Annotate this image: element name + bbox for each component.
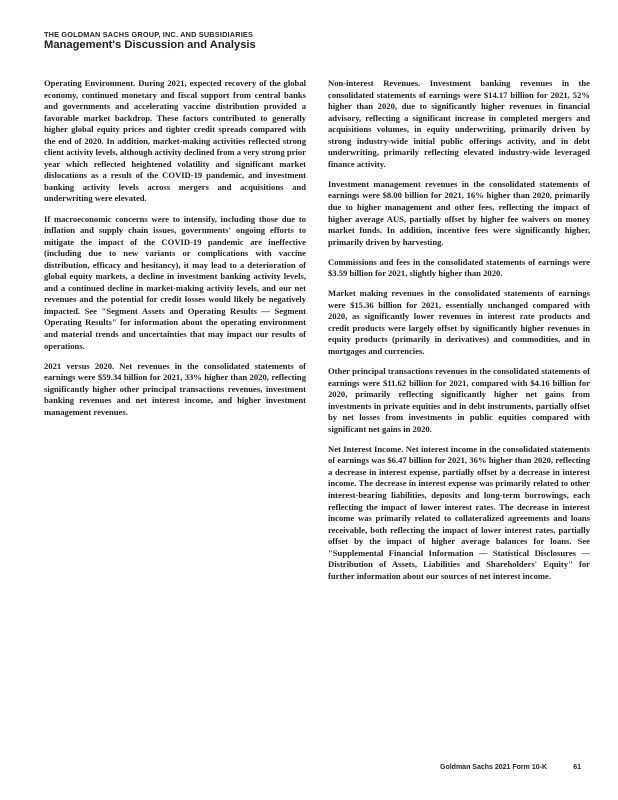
paragraph-lead: 2021 versus 2020. <box>44 361 114 371</box>
paragraph-text: Investment banking revenues in the conso… <box>328 78 590 169</box>
paragraph-lead: Operating Environment. <box>44 78 135 88</box>
paragraph-text: If macroeconomic concerns were to intens… <box>44 214 306 351</box>
paragraph: Net Interest Income. Net interest income… <box>328 444 590 583</box>
paragraph-text: Investment management revenues in the co… <box>328 179 590 247</box>
paragraph-lead: Net Interest Income. <box>328 444 403 454</box>
paragraph: Other principal transactions revenues in… <box>328 366 590 435</box>
paragraph: Investment management revenues in the co… <box>328 179 590 248</box>
right-column: Non-interest Revenues. Investment bankin… <box>328 78 590 591</box>
footer-document-name: Goldman Sachs 2021 Form 10-K <box>440 764 547 771</box>
paragraph-text: Commissions and fees in the consolidated… <box>328 257 590 279</box>
page-footer: Goldman Sachs 2021 Form 10-K 61 <box>0 764 618 776</box>
paragraph-text: During 2021, expected recovery of the gl… <box>44 78 306 203</box>
paragraph-text: Market making revenues in the consolidat… <box>328 288 590 356</box>
paragraph: If macroeconomic concerns were to intens… <box>44 214 306 353</box>
left-column: Operating Environment. During 2021, expe… <box>44 78 306 427</box>
paragraph-text: Net interest income in the consolidated … <box>328 444 590 581</box>
paragraph: Commissions and fees in the consolidated… <box>328 257 590 280</box>
page-number: 61 <box>573 764 581 771</box>
section-title: Management's Discussion and Analysis <box>44 39 256 52</box>
page-header: THE GOLDMAN SACHS GROUP, INC. AND SUBSID… <box>44 30 256 52</box>
paragraph: 2021 versus 2020. Net revenues in the co… <box>44 361 306 419</box>
paragraph-text: Other principal transactions revenues in… <box>328 366 590 434</box>
paragraph: Market making revenues in the consolidat… <box>328 288 590 357</box>
paragraph: Operating Environment. During 2021, expe… <box>44 78 306 205</box>
paragraph: Non-interest Revenues. Investment bankin… <box>328 78 590 170</box>
paragraph-lead: Non-interest Revenues. <box>328 78 420 88</box>
company-name: THE GOLDMAN SACHS GROUP, INC. AND SUBSID… <box>44 30 256 39</box>
